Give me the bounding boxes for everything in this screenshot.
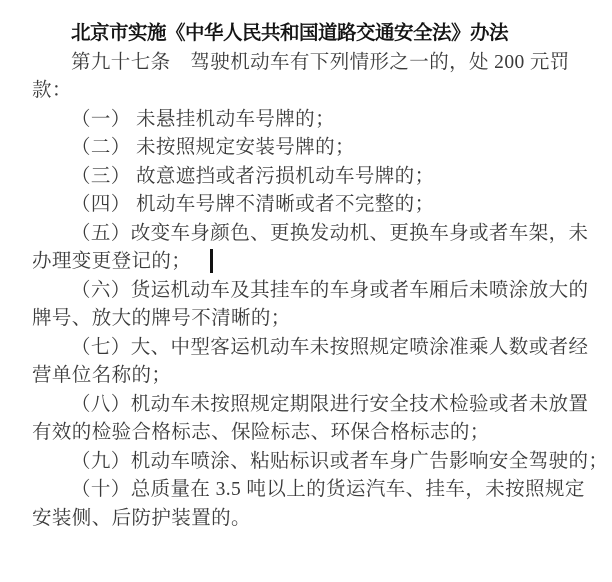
text-line: （六）货运机动车及其挂车的车身或者车厢后未喷涂放大的 [32, 277, 612, 306]
line-text: （十）总质量在 3.5 吨以上的货运汽车、挂车，未按照规定 [71, 479, 585, 500]
line-text: （五）改变车身颜色、更换发动机、更换车身或者车架，未 [71, 223, 588, 244]
text-line: 有效的检验合格标志、保险标志、环保合格标志的； [32, 419, 612, 448]
text-line: （四） 机动车号牌不清晰或者不完整的； [32, 191, 612, 220]
text-line: （三） 故意遮挡或者污损机动车号牌的； [32, 163, 612, 192]
line-text: 办理变更登记的； [32, 251, 191, 272]
text-line: 款： [32, 77, 612, 106]
document-body[interactable]: 北京市实施《中华人民共和国道路交通安全法》办法第九十七条 驾驶机动车有下列情形之… [32, 20, 612, 533]
line-text: 安装侧、后防护装置的。 [32, 508, 251, 529]
text-line: （十）总质量在 3.5 吨以上的货运汽车、挂车，未按照规定 [32, 476, 612, 505]
line-text: （七）大、中型客运机动车未按照规定喷涂准乘人数或者经 [71, 337, 588, 358]
line-text: （四） 机动车号牌不清晰或者不完整的； [71, 194, 434, 215]
line-text: 营单位名称的； [32, 365, 171, 386]
line-text: （二） 未按照规定安装号牌的； [71, 137, 355, 158]
line-text: （九）机动车喷涂、粘贴标识或者车身广告影响安全驾驶的； [71, 451, 608, 472]
text-line: 办理变更登记的； [32, 248, 612, 277]
line-text: （一） 未悬挂机动车号牌的； [71, 109, 335, 130]
text-line: （五）改变车身颜色、更换发动机、更换车身或者车架，未 [32, 220, 612, 249]
text-line: 营单位名称的； [32, 362, 612, 391]
line-text: （三） 故意遮挡或者污损机动车号牌的； [71, 166, 434, 187]
text-line: （七）大、中型客运机动车未按照规定喷涂准乘人数或者经 [32, 334, 612, 363]
line-text: 有效的检验合格标志、保险标志、环保合格标志的； [32, 422, 490, 443]
text-line: （九）机动车喷涂、粘贴标识或者车身广告影响安全驾驶的； [32, 448, 612, 477]
text-line: 牌号、放大的牌号不清晰的； [32, 305, 612, 334]
line-text: （六）货运机动车及其挂车的车身或者车厢后未喷涂放大的 [71, 280, 588, 301]
text-cursor [210, 249, 213, 273]
line-text: 北京市实施《中华人民共和国道路交通安全法》办法 [71, 23, 508, 44]
document-title: 北京市实施《中华人民共和国道路交通安全法》办法 [32, 20, 612, 49]
text-line: （二） 未按照规定安装号牌的； [32, 134, 612, 163]
text-line: （一） 未悬挂机动车号牌的； [32, 106, 612, 135]
line-text: （八）机动车未按照规定期限进行安全技术检验或者未放置 [71, 394, 588, 415]
line-text: 牌号、放大的牌号不清晰的； [32, 308, 291, 329]
text-line: 第九十七条 驾驶机动车有下列情形之一的，处 200 元罚 [32, 49, 612, 78]
text-line: （八）机动车未按照规定期限进行安全技术检验或者未放置 [32, 391, 612, 420]
line-text: 第九十七条 驾驶机动车有下列情形之一的，处 200 元罚 [71, 52, 570, 73]
line-text: 款： [32, 80, 72, 101]
document-page[interactable]: 北京市实施《中华人民共和国道路交通安全法》办法第九十七条 驾驶机动车有下列情形之… [0, 0, 612, 582]
text-line: 安装侧、后防护装置的。 [32, 505, 612, 534]
